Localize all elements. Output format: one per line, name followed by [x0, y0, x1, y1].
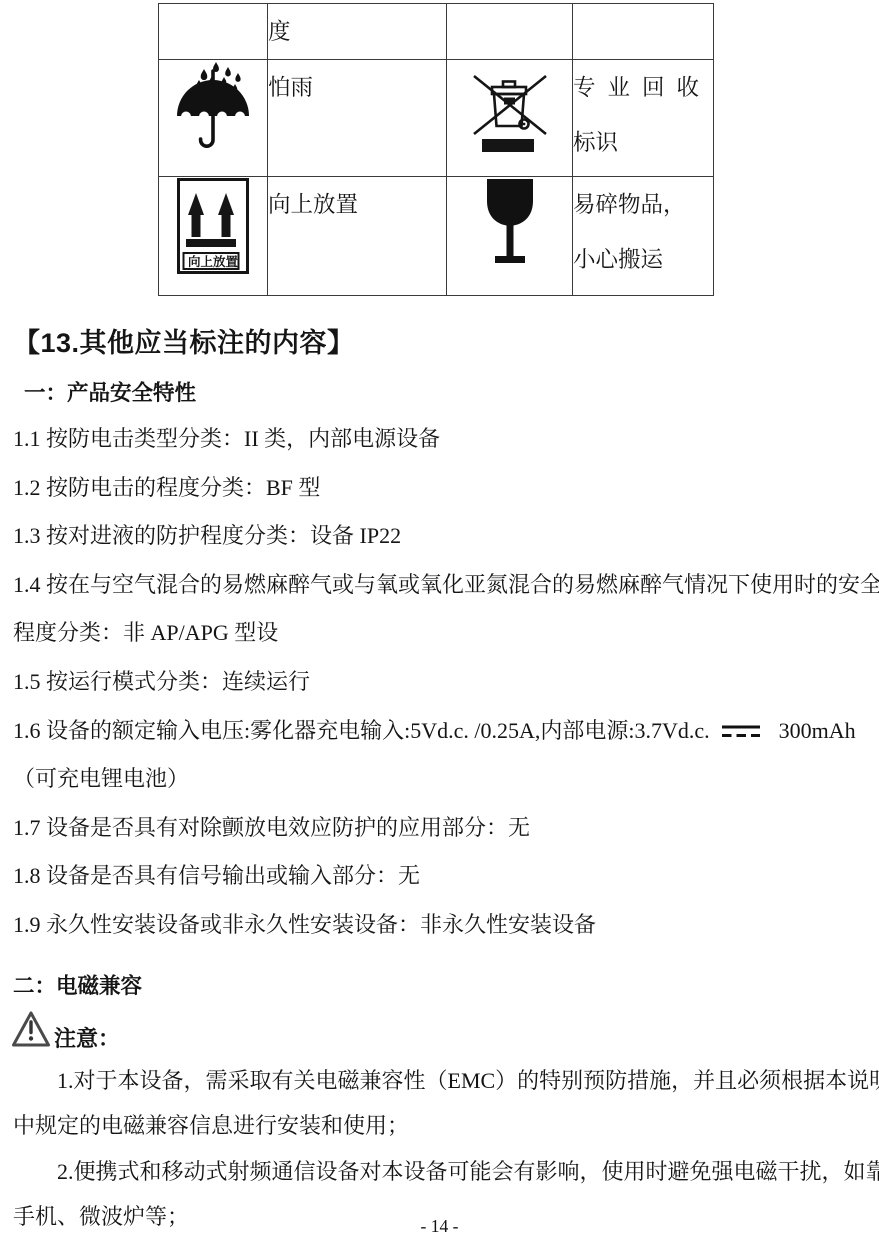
keep-dry-icon	[173, 60, 253, 156]
notice-row: 注意：	[10, 1005, 879, 1051]
spec-item-1-6-text: 1.6 设备的额定输入电压:雾化器充电输入:5Vd.c. /0.25A,内部电源…	[13, 718, 710, 743]
this-way-up-label: 向上放置	[268, 177, 447, 296]
emc-paragraphs: 1.对于本设备，需采取有关电磁兼容性（EMC）的特别预防措施，并且必须根据本说明…	[13, 1058, 866, 1240]
this-way-up-icon: 向上放置	[176, 177, 250, 275]
empty-cell	[159, 4, 268, 60]
warning-triangle-icon	[10, 1009, 52, 1051]
spec-item-1-8: 1.8 设备是否具有信号输出或输入部分：无	[13, 852, 879, 901]
fragile-label-line2: 小心搬运	[573, 232, 713, 287]
weee-label-line2: 标识	[573, 115, 713, 170]
spec-item-1-2: 1.2 按防电击的程度分类：BF 型	[13, 464, 879, 513]
emc-para-1-line-1: 1.对于本设备，需采取有关电磁兼容性（EMC）的特别预防措施，并且必须根据本说明…	[13, 1058, 866, 1104]
spec-item-1-7: 1.7 设备是否具有对除颤放电效应防护的应用部分：无	[13, 804, 879, 853]
weee-label-line1: 专业回收	[573, 60, 713, 115]
fragile-cell	[447, 177, 573, 296]
spec-item-1-1: 1.1 按防电击类型分类：II 类，内部电源设备	[13, 415, 879, 464]
spec-item-1-3: 1.3 按对进液的防护程度分类：设备 IP22	[13, 512, 879, 561]
fragile-glass-icon	[482, 177, 538, 271]
table-row: 向上放置 向上放置 易碎物品， 小心搬运	[159, 177, 714, 296]
table-row: 怕雨 专业回收 标识	[159, 60, 714, 177]
fragile-label: 易碎物品， 小心搬运	[573, 177, 714, 296]
spec-item-1-4-cont: 程度分类：非 AP/APG 型设	[13, 609, 879, 658]
subsection-emc-heading: 二：电磁兼容	[13, 973, 879, 999]
spec-item-1-4: 1.4 按在与空气混合的易燃麻醉气或与氧或氧化亚氮混合的易燃麻醉气情况下使用时的…	[13, 561, 879, 610]
page-number: - 14 -	[0, 1216, 879, 1237]
this-way-up-caption: 向上放置	[188, 254, 239, 269]
spec-item-1-6: 1.6 设备的额定输入电压:雾化器充电输入:5Vd.c. /0.25A,内部电源…	[13, 707, 879, 756]
keep-dry-cell	[159, 60, 268, 177]
degree-cell: 度	[268, 4, 447, 60]
table-row: 度	[159, 4, 714, 60]
emc-para-2-line-1: 2.便携式和移动式射频通信设备对本设备可能会有影响，使用时避免强电磁干扰，如靠近	[13, 1149, 866, 1195]
keep-dry-label: 怕雨	[268, 60, 447, 177]
notice-label: 注意：	[54, 1027, 120, 1051]
spec-item-1-6-cont: （可充电锂电池）	[13, 755, 879, 804]
weee-cell	[447, 60, 573, 177]
this-way-up-cell: 向上放置	[159, 177, 268, 296]
spec-item-1-9: 1.9 永久性安装设备或非永久性安装设备：非永久性安装设备	[13, 901, 879, 950]
spec-item-1-5: 1.5 按运行模式分类：连续运行	[13, 658, 879, 707]
fragile-label-line1: 易碎物品，	[573, 177, 713, 232]
empty-cell	[447, 4, 573, 60]
document-page: 度	[0, 3, 879, 1240]
weee-label: 专业回收 标识	[573, 60, 714, 177]
empty-cell	[573, 4, 714, 60]
emc-para-1-line-2: 中规定的电磁兼容信息进行安装和使用；	[13, 1103, 866, 1149]
spec-item-1-6-capacity: 300mAh	[779, 718, 856, 743]
weee-recycle-icon	[468, 60, 552, 154]
section-heading: 【13.其他应当标注的内容】	[13, 326, 879, 360]
subsection-safety-heading: 一：产品安全特性	[24, 380, 879, 406]
spec-list: 1.1 按防电击类型分类：II 类，内部电源设备 1.2 按防电击的程度分类：B…	[13, 415, 879, 950]
dc-current-icon	[719, 723, 763, 739]
symbol-table: 度	[158, 3, 714, 296]
